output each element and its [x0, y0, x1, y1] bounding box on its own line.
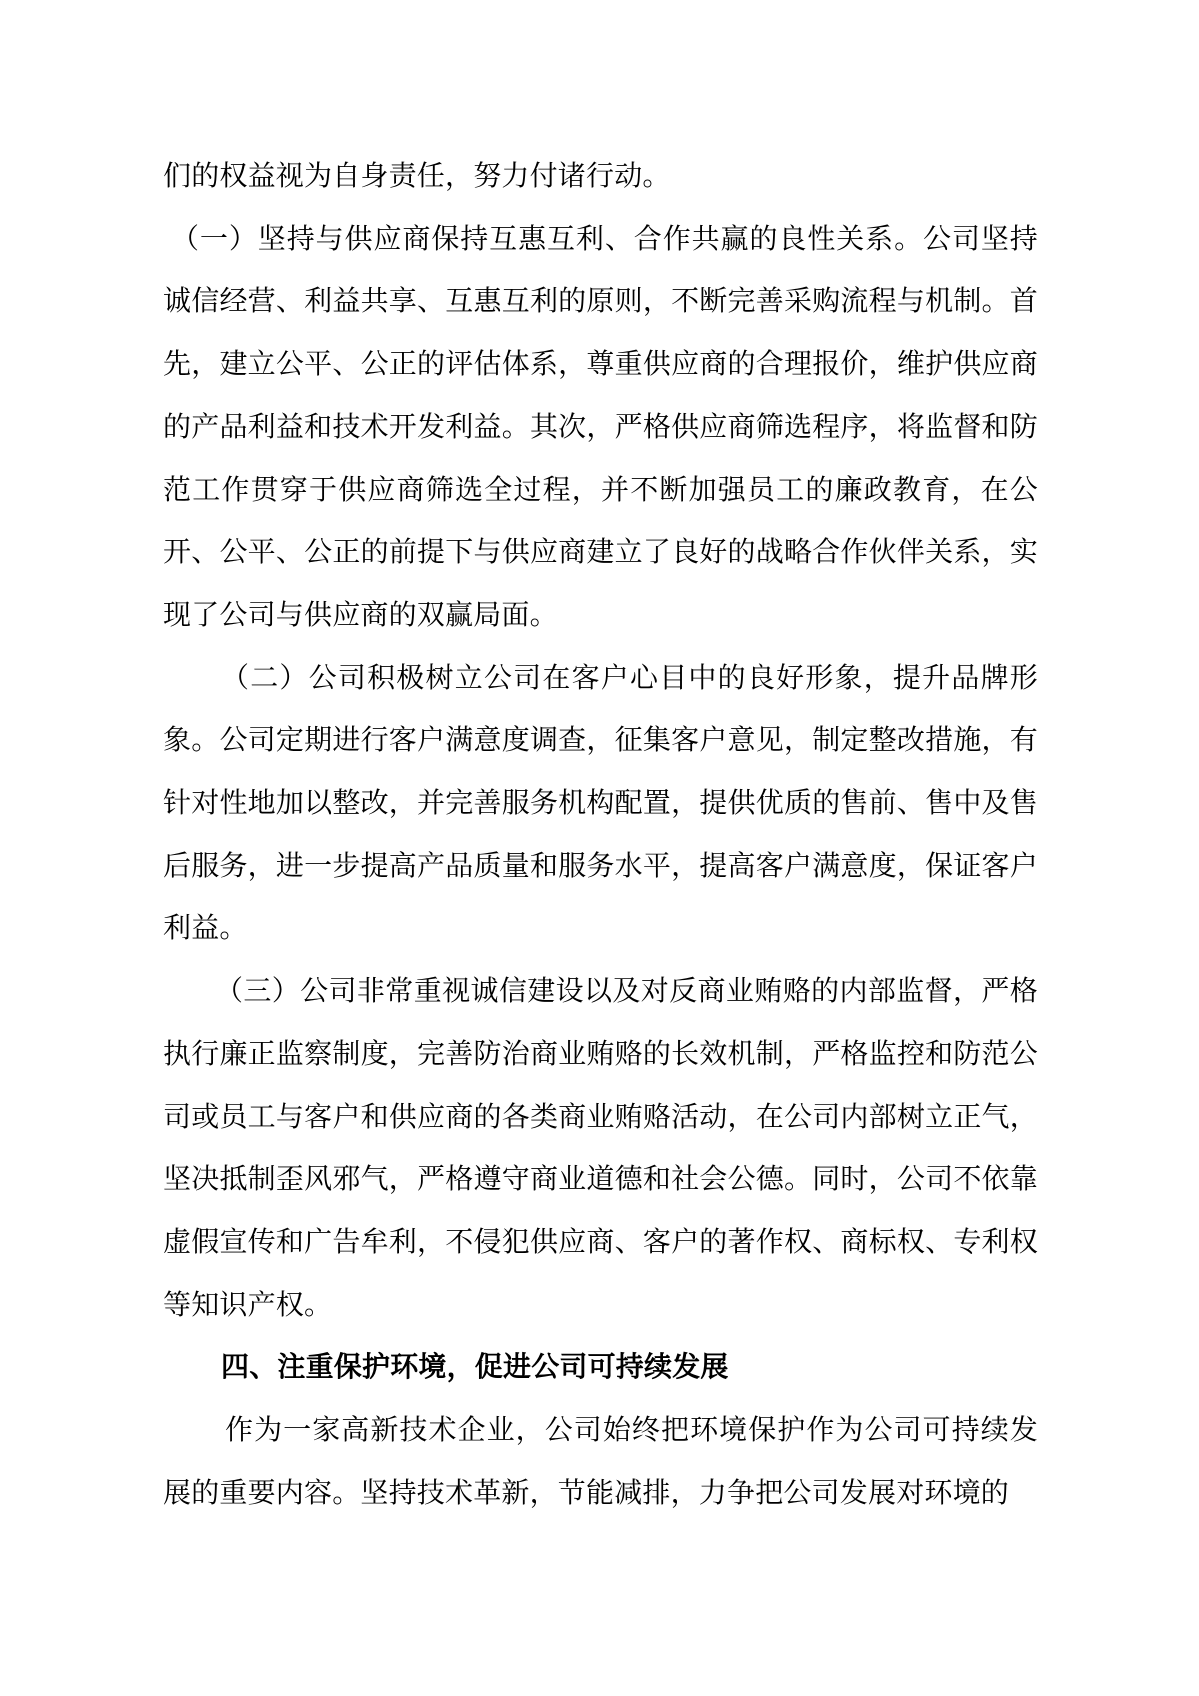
document-body: 们的权益视为自身责任，努力付诸行动。 （一）坚持与供应商保持互惠互利、合作共赢的…	[163, 146, 1038, 1525]
paragraph-continuation: 们的权益视为自身责任，努力付诸行动。	[163, 146, 1038, 209]
section-heading: 四、注重保护环境，促进公司可持续发展	[163, 1337, 1038, 1400]
paragraph-item-one: （一）坚持与供应商保持互惠互利、合作共赢的良性关系。公司坚持诚信经营、利益共享、…	[163, 209, 1038, 648]
document-page: 们的权益视为自身责任，努力付诸行动。 （一）坚持与供应商保持互惠互利、合作共赢的…	[0, 0, 1199, 1696]
paragraph-environment: 作为一家高新技术企业，公司始终把环境保护作为公司可持续发展的重要内容。坚持技术革…	[163, 1400, 1038, 1525]
paragraph-item-two: （二）公司积极树立公司在客户心目中的良好形象，提升品牌形象。公司定期进行客户满意…	[163, 648, 1038, 962]
paragraph-item-three: （三）公司非常重视诚信建设以及对反商业贿赂的内部监督，严格执行廉正监察制度，完善…	[163, 961, 1038, 1337]
